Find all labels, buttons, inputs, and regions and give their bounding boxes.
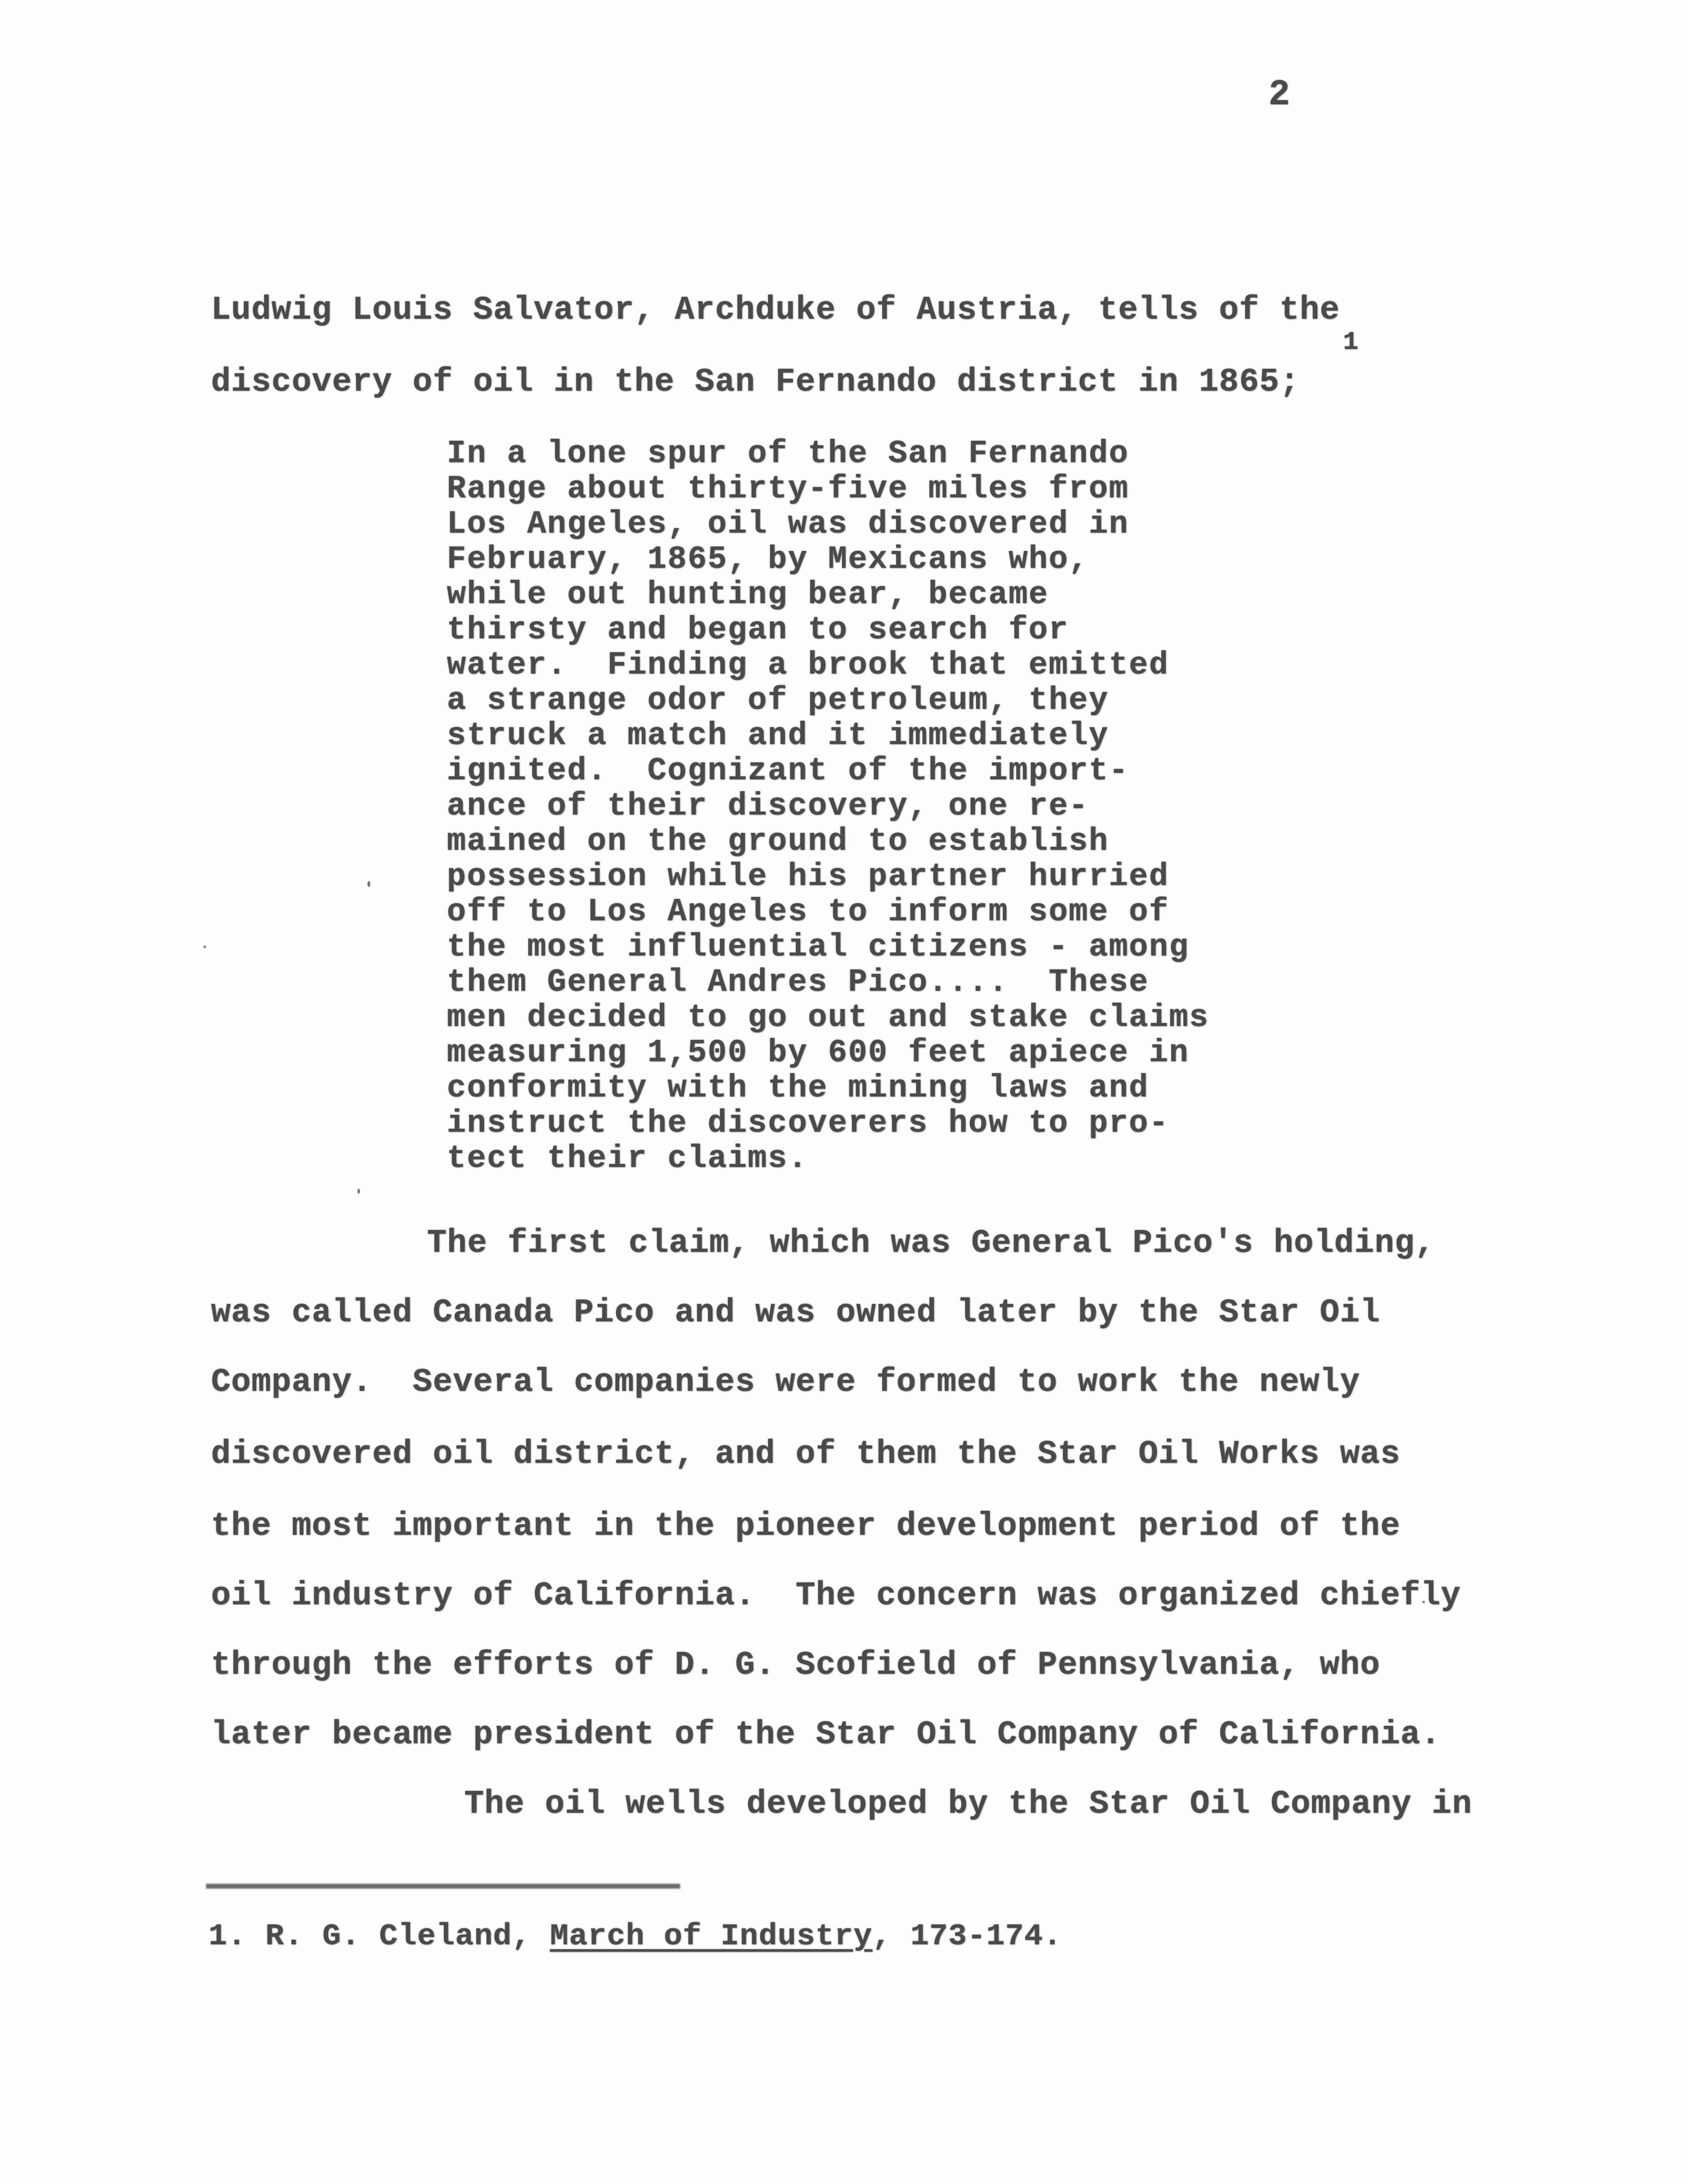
footnote-rule	[206, 1884, 680, 1889]
quote-line: thirsty and began to search for	[447, 613, 1069, 648]
quote-line: conformity with the mining laws and	[447, 1071, 1149, 1106]
intro-line-2: discovery of oil in the San Fernando dis…	[211, 362, 1300, 402]
quote-line: possession while his partner hurried	[447, 860, 1169, 895]
quote-line: men decided to go out and stake claims	[447, 1001, 1209, 1036]
paragraph-2-line: later became president of the Star Oil C…	[211, 1715, 1441, 1755]
footnote-prefix: 1. R. G. Cleland,	[209, 1918, 550, 1954]
paragraph-2-line: Company. Several companies were formed t…	[211, 1363, 1360, 1402]
quote-line: Los Angeles, oil was discovered in	[447, 507, 1129, 543]
scan-speck	[357, 1189, 360, 1194]
quote-line: instruct the discoverers how to pro-	[447, 1106, 1169, 1142]
paragraph-2-line: oil industry of California. The concern …	[211, 1576, 1461, 1616]
paragraph-2-line: was called Canada Pico and was owned lat…	[211, 1293, 1380, 1333]
quote-line: In a lone spur of the San Fernando	[447, 437, 1129, 472]
paragraph-3-line-1: The oil wells developed by the Star Oil …	[464, 1784, 1472, 1824]
footnote-suffix: , 173-174.	[872, 1918, 1062, 1954]
quote-line: while out hunting bear, became	[447, 578, 1049, 613]
intro-line-1: Ludwig Louis Salvator, Archduke of Austr…	[211, 290, 1340, 330]
footnote-title: March of Industry	[550, 1918, 873, 1954]
document-page: 2 Ludwig Louis Salvator, Archduke of Aus…	[0, 0, 1688, 2184]
footnote-marker: 1	[1343, 328, 1359, 357]
scan-speck	[1422, 1601, 1425, 1603]
scan-speck	[204, 946, 206, 948]
paragraph-2-line: The first claim, which was General Pico'…	[427, 1224, 1435, 1263]
quote-line: Range about thirty-five miles from	[447, 472, 1129, 507]
quote-line: them General Andres Pico.... These	[447, 965, 1149, 1001]
quote-line: water. Finding a brook that emitted	[447, 648, 1169, 683]
paragraph-2-line: discovered oil district, and of them the…	[211, 1434, 1401, 1474]
paragraph-2-line: through the efforts of D. G. Scofield of…	[211, 1645, 1380, 1685]
quote-line: ance of their discovery, one re-	[447, 789, 1089, 824]
quote-line: a strange odor of petroleum, they	[447, 683, 1109, 719]
quote-line: mained on the ground to establish	[447, 824, 1109, 860]
quote-line: February, 1865, by Mexicans who,	[447, 543, 1089, 578]
quote-line: off to Los Angeles to inform some of	[447, 895, 1169, 930]
page-number: 2	[1268, 74, 1290, 115]
scan-speck	[367, 881, 370, 887]
quote-line: tect their claims.	[447, 1142, 808, 1177]
quote-line: measuring 1,500 by 600 feet apiece in	[447, 1036, 1189, 1071]
quote-line: struck a match and it immediately	[447, 719, 1109, 754]
quote-line: the most influential citizens - among	[447, 930, 1189, 965]
footnote: 1. R. G. Cleland, March of Industry, 173…	[209, 1918, 1062, 1954]
paragraph-2-line: the most important in the pioneer develo…	[211, 1506, 1401, 1546]
quote-line: ignited. Cognizant of the import-	[447, 754, 1129, 789]
